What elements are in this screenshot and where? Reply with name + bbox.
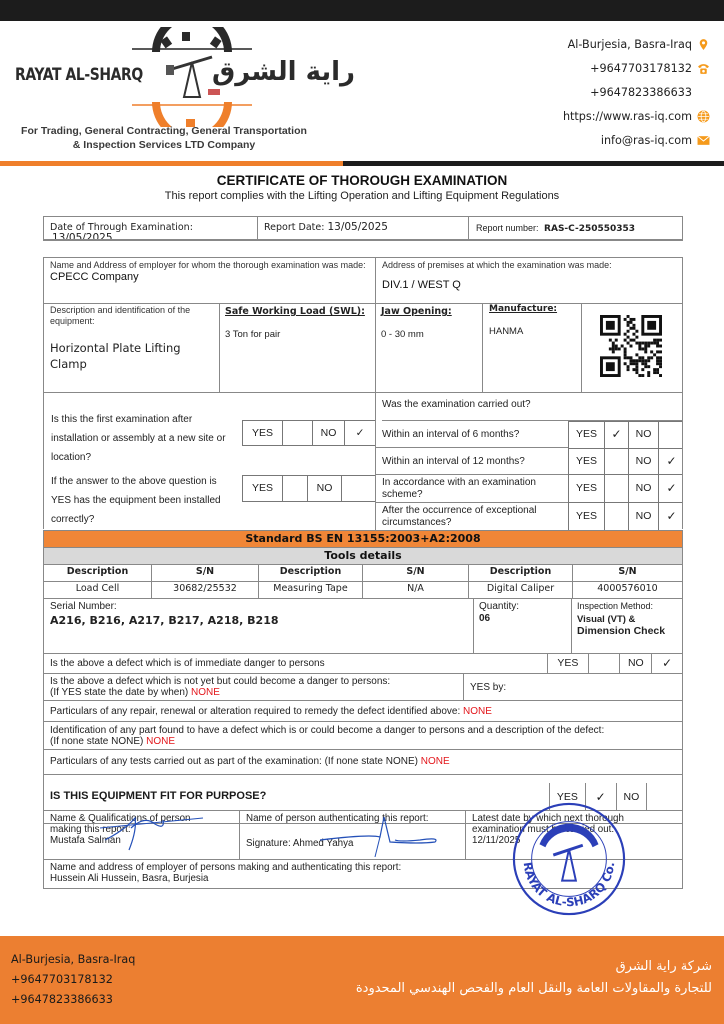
examination-form: Name and Address of employer for whom th…: [43, 257, 683, 529]
inspection-method-value-1: Visual (VT) &: [577, 614, 677, 625]
tools-value-cell: 30682/25532: [152, 582, 259, 599]
top-bar: [0, 0, 724, 21]
globe-icon: [697, 110, 710, 123]
company-logo: RAYAT AL-SHARQ راية الشرق: [12, 27, 332, 127]
report-date-cell: Report Date: 13/05/2025: [258, 217, 469, 240]
manufacture-cell: Manufacture: HANMA: [483, 304, 582, 393]
footer-address: Al-Burjesia, Basra-Iraq: [11, 950, 135, 970]
fit-for-purpose-question: IS THIS EQUIPMENT FIT FOR PURPOSE?: [50, 790, 266, 802]
carried-out-yes-no-grid: YES ✓ NO YES NO ✓ YES NO ✓ YES NO: [568, 421, 682, 530]
contact-block: Al-Burjesia, Basra-Iraq +9647703178132 +…: [563, 32, 710, 152]
header-stripe-orange: [0, 161, 343, 166]
immediate-danger-row: Is the above a defect which is of immedi…: [44, 654, 682, 674]
exam-date: 13/05/2025: [52, 232, 113, 240]
defective-part-row: Identification of any part found to have…: [44, 722, 682, 750]
tests-value: NONE: [421, 756, 450, 767]
tools-section: Standard BS EN 13155:2003+A2:2008 Tools …: [43, 530, 683, 599]
company-stamp-icon: RAYAT AL-SHARQ Co.: [510, 800, 628, 918]
report-info-row: Date of Through Examination: 13/05/2025 …: [43, 216, 683, 241]
interval-6-yes-check[interactable]: ✓: [605, 422, 629, 448]
tools-value-cell: Digital Caliper: [469, 582, 573, 599]
premises-cell: Address of premises at which the examina…: [376, 258, 682, 304]
authenticator-signature-icon: [320, 812, 450, 857]
report-date: 13/05/2025: [327, 221, 388, 233]
installed-yes-check[interactable]: [283, 476, 308, 501]
interval-12-no-check[interactable]: ✓: [659, 449, 682, 475]
defective-part-value: NONE: [146, 736, 175, 747]
jaw-opening-value: 0 - 30 mm: [381, 329, 477, 340]
fit-no-check[interactable]: [647, 783, 682, 810]
footer: Al-Burjesia, Basra-Iraq +9647703178132 +…: [0, 936, 724, 1024]
tools-header-cell: Description: [44, 565, 152, 582]
installed-no-check[interactable]: [342, 476, 375, 501]
future-danger-value: NONE: [191, 687, 220, 698]
footer-contacts: Al-Burjesia, Basra-Iraq +9647703178132 +…: [11, 950, 135, 1010]
repair-row: Particulars of any repair, renewal or al…: [44, 701, 682, 722]
maker-signature-icon: [95, 810, 205, 855]
report-number-cell: Report number: RAS-C-250550353: [469, 217, 682, 240]
exceptional-no-check[interactable]: ✓: [659, 503, 682, 530]
yes-by-cell: YES by:: [464, 674, 682, 701]
tools-header-cell: Description: [259, 565, 363, 582]
contact-website[interactable]: https://www.ras-iq.com: [563, 104, 710, 128]
premises-value: DIV.1 / WEST Q: [382, 280, 676, 291]
tools-value-cell: N/A: [363, 582, 469, 599]
immediate-no-check[interactable]: ✓: [652, 654, 682, 673]
contact-phone-1[interactable]: +9647703178132: [563, 56, 710, 80]
tests-row: Particulars of any tests carried out as …: [44, 750, 682, 775]
jaw-opening-cell: Jaw Opening: 0 - 30 mm: [376, 304, 483, 393]
carried-out-heading: Was the examination carried out?: [382, 399, 682, 421]
inspection-method-cell: Inspection Method: Visual (VT) & Dimensi…: [572, 599, 682, 654]
header-stripe-black: [343, 161, 724, 166]
tools-table: DescriptionS/NDescriptionS/NDescriptionS…: [44, 565, 682, 599]
first-exam-section: Is this the first examination after inst…: [44, 393, 376, 530]
immediate-danger-yes-no: YES NO ✓: [547, 654, 682, 673]
location-pin-icon: [697, 38, 710, 51]
qr-code-icon[interactable]: [600, 315, 662, 377]
scheme-yes-check[interactable]: [605, 475, 629, 502]
exceptional-yes-check[interactable]: [605, 503, 629, 530]
contact-phone-2[interactable]: +9647823386633: [563, 80, 710, 104]
qr-cell: [582, 304, 682, 393]
tools-value-cell: 4000576010: [573, 582, 682, 599]
scheme-no-check[interactable]: ✓: [659, 475, 682, 502]
first-exam-no-check[interactable]: ✓: [345, 421, 375, 445]
installed-correctly-question: If the answer to the above question is Y…: [51, 472, 239, 529]
first-exam-yes-no: YES NO ✓: [242, 420, 376, 446]
contact-address: Al-Burjesia, Basra-Iraq: [563, 32, 710, 56]
future-danger-cell: Is the above a defect which is not yet b…: [44, 674, 464, 701]
swl-cell: Safe Working Load (SWL): 3 Ton for pair: [220, 304, 376, 393]
logo-wordmark: RAYAT AL-SHARQ: [15, 65, 143, 85]
document-subtitle: This report complies with the Lifting Op…: [0, 190, 724, 202]
serial-number-cell: Serial Number: A216, B216, A217, B217, A…: [44, 599, 474, 654]
tools-details-banner: Tools details: [44, 548, 682, 565]
first-exam-question: Is this the first examination after inst…: [51, 410, 239, 467]
logo-arabic-wordmark: راية الشرق: [212, 57, 355, 87]
footer-phone-2[interactable]: +9647823386633: [11, 990, 135, 1010]
footer-arabic-company: شركة راية الشرق للتجارة والمقاولات العام…: [356, 956, 712, 1000]
footer-phone-1[interactable]: +9647703178132: [11, 970, 135, 990]
interval-12-yes-check[interactable]: [605, 449, 629, 475]
envelope-icon: [697, 134, 710, 147]
interval-6-no-check[interactable]: [659, 422, 682, 448]
document-title: CERTIFICATE OF THOROUGH EXAMINATION: [0, 173, 724, 188]
employer-cell: Name and Address of employer for whom th…: [44, 258, 376, 304]
manufacture-value: HANMA: [489, 326, 575, 337]
tools-header-cell: S/N: [573, 565, 682, 582]
letterhead: RAYAT AL-SHARQ راية الشرق For Trading, G…: [0, 21, 724, 161]
repair-value: NONE: [463, 706, 492, 717]
carried-out-section: Was the examination carried out? Within …: [376, 393, 682, 530]
swl-value: 3 Ton for pair: [225, 329, 370, 340]
tools-header-cell: S/N: [152, 565, 259, 582]
tools-value-cell: Measuring Tape: [259, 582, 363, 599]
standard-banner: Standard BS EN 13155:2003+A2:2008: [44, 531, 682, 548]
equipment-description-cell: Description and identification of the eq…: [44, 304, 220, 393]
exam-date-cell: Date of Through Examination: 13/05/2025: [44, 217, 258, 240]
employer-value: CPECC Company: [50, 272, 369, 283]
first-exam-yes-check[interactable]: [283, 421, 313, 445]
inspection-method-value-2: Dimension Check: [577, 626, 677, 637]
tools-value-cell: Load Cell: [44, 582, 152, 599]
contact-email[interactable]: info@ras-iq.com: [563, 128, 710, 152]
telephone-icon: [697, 62, 710, 75]
equipment-description: Horizontal Plate Lifting Clamp: [50, 340, 213, 372]
tools-header-cell: Description: [469, 565, 573, 582]
immediate-yes-check[interactable]: [589, 654, 621, 673]
serial-number-value: A216, B216, A217, B217, A218, B218: [50, 615, 467, 626]
quantity-cell: Quantity: 06: [474, 599, 572, 654]
company-tagline: For Trading, General Contracting, Genera…: [14, 124, 314, 152]
report-number: RAS-C-250550353: [544, 224, 635, 234]
installed-correctly-yes-no: YES NO: [242, 475, 376, 502]
quantity-value: 06: [479, 613, 566, 624]
tools-header-cell: S/N: [363, 565, 469, 582]
